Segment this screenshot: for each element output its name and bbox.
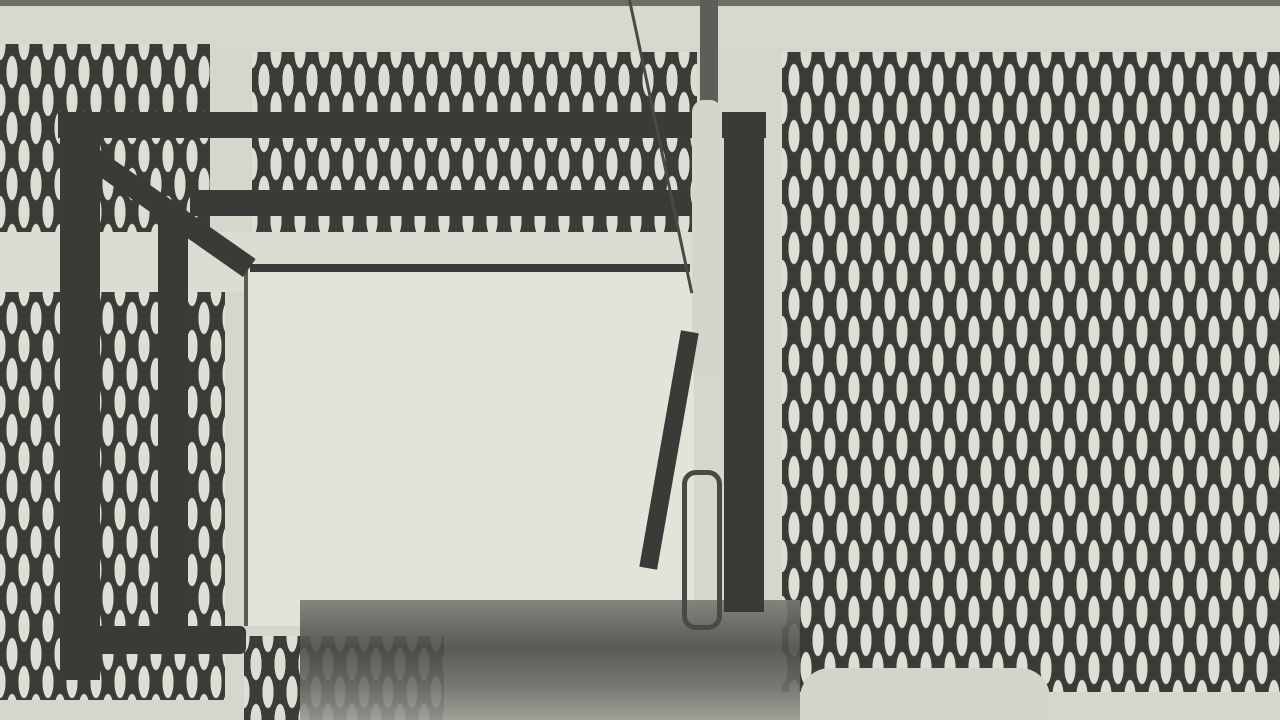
photo-scene <box>0 0 1280 720</box>
frame-bottom-rail <box>90 626 246 654</box>
chain <box>682 470 722 630</box>
top-snow-ledge <box>0 0 1280 48</box>
bottom-machinery <box>300 600 800 720</box>
snow-lump <box>800 668 1050 720</box>
frame-inner-post <box>158 212 188 632</box>
frame-panel-top-edge <box>250 264 690 272</box>
hanging-rod <box>700 0 718 110</box>
top-dark-edge <box>0 0 1280 6</box>
frame-top-bar <box>58 112 766 138</box>
frame-inner-bar <box>190 190 690 216</box>
snow-covered-panel <box>244 268 694 626</box>
frame-left-post <box>60 120 100 680</box>
right-mesh-panel <box>782 52 1280 692</box>
frame-right-post <box>724 112 764 612</box>
